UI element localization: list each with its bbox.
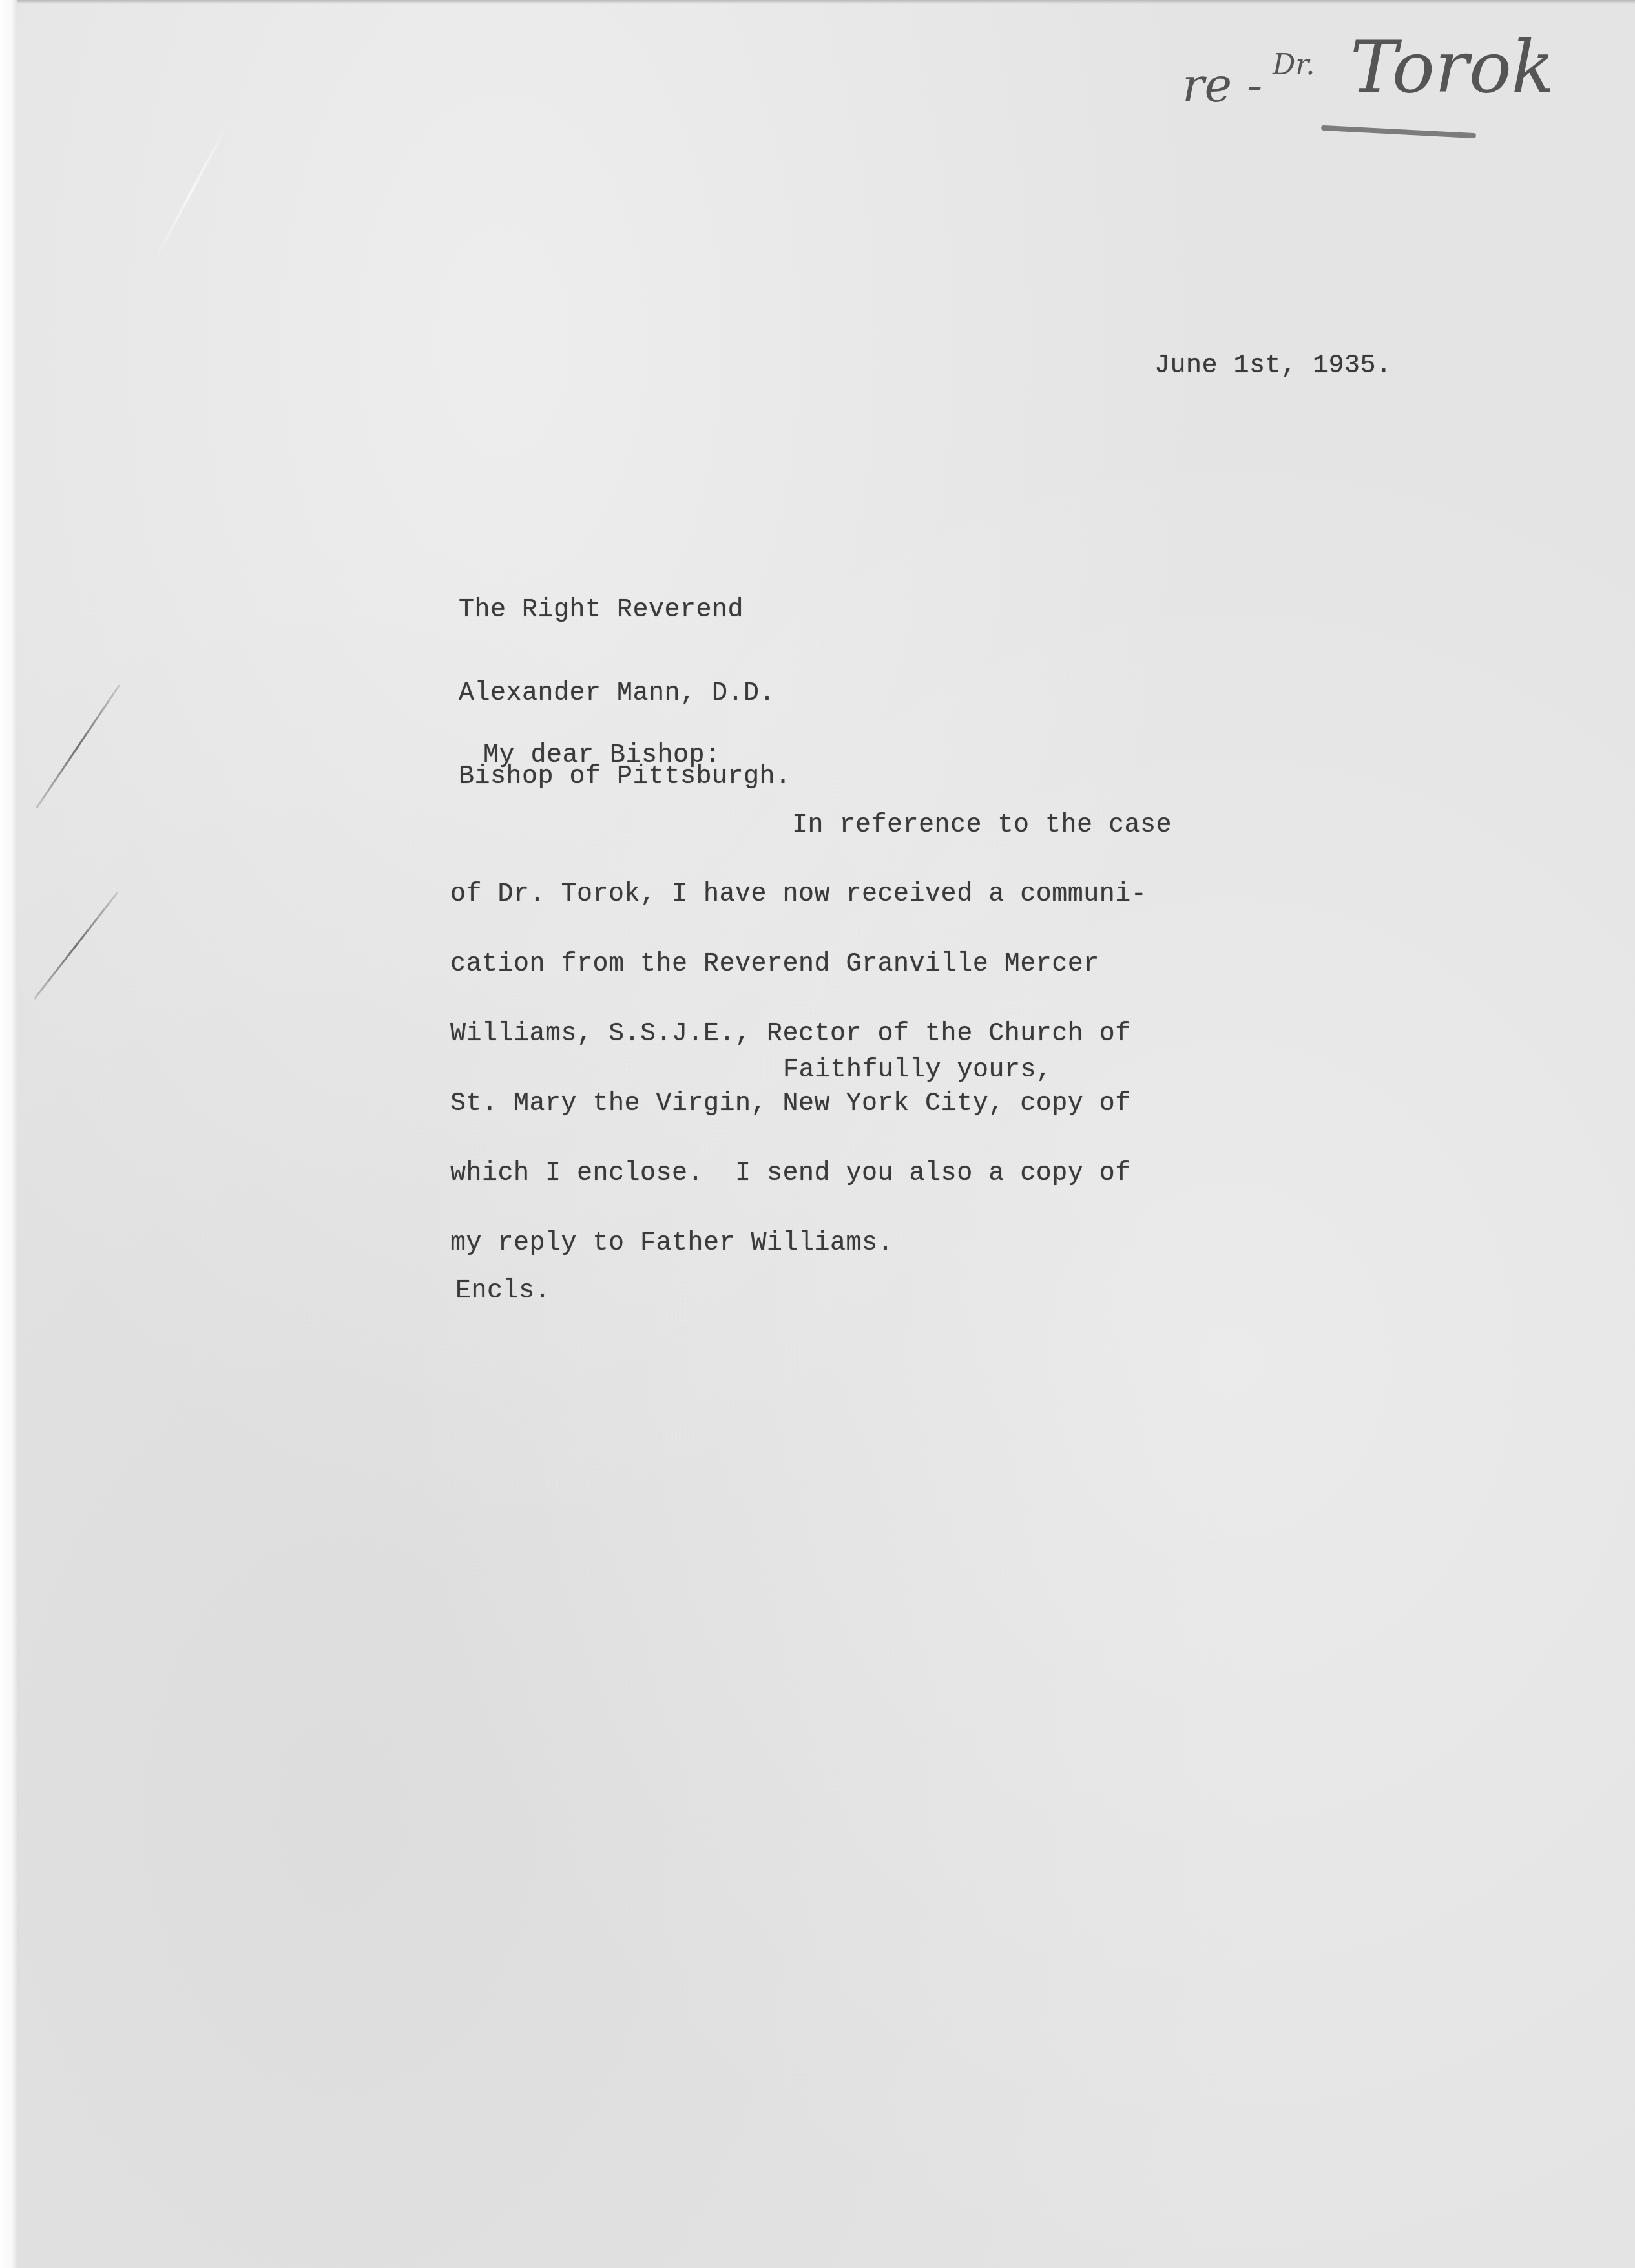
recipient-line: Alexander Mann, D.D. xyxy=(459,680,791,708)
annotation-prefix: re - xyxy=(1182,58,1262,112)
recipient-address: The Right Reverend Alexander Mann, D.D. … xyxy=(459,541,791,819)
body-line: of Dr. Torok, I have now received a comm… xyxy=(450,883,1147,907)
annotation-underline xyxy=(1321,125,1476,139)
body-line: which I enclose. I send you also a copy … xyxy=(450,1162,1147,1186)
annotation-title: Dr. xyxy=(1273,48,1315,81)
annotation-name: Torok xyxy=(1350,26,1555,109)
pencil-annotation: re - Dr. Torok xyxy=(1156,13,1583,162)
paper-crease xyxy=(151,116,233,266)
body-line: Williams, S.S.J.E., Rector of the Church… xyxy=(450,1023,1147,1046)
enclosure-note: Encls. xyxy=(455,1277,550,1305)
salutation: My dear Bishop: xyxy=(483,742,721,770)
body-first-line: In reference to the case xyxy=(792,812,1172,839)
letter-date: June 1st, 1935. xyxy=(1154,352,1392,380)
body-line: my reply to Father Williams. xyxy=(450,1232,1147,1255)
body-line: cation from the Reverend Granville Merce… xyxy=(450,953,1147,976)
recipient-line: The Right Reverend xyxy=(459,596,791,624)
closing: Faithfully yours, xyxy=(783,1056,1052,1084)
scan-edge xyxy=(0,0,17,2268)
body-line: St. Mary the Virgin, New York City, copy… xyxy=(450,1093,1147,1116)
